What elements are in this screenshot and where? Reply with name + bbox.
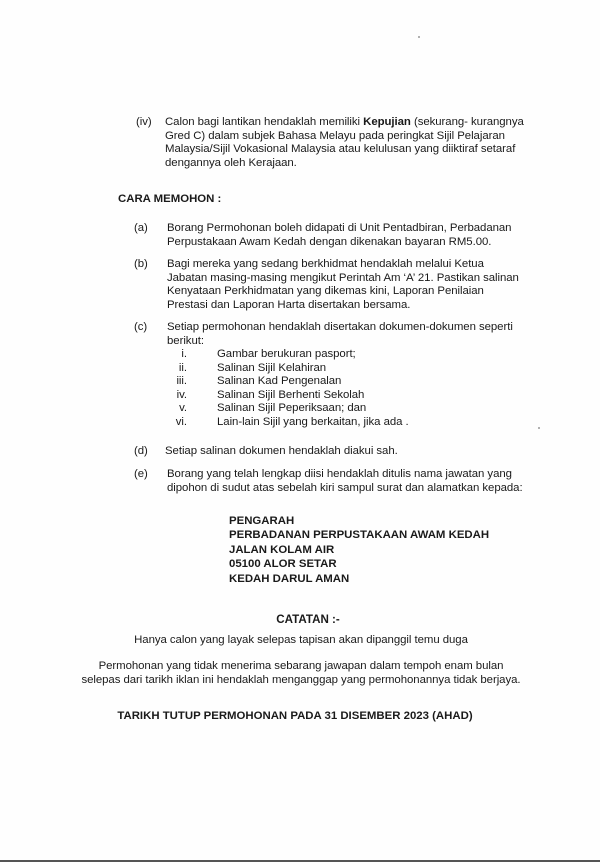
list-item: i. Gambar berukuran pasport;	[167, 348, 467, 362]
text-line: Malaysia/Sijil Vokasional Malaysia atau …	[165, 143, 471, 157]
list-item: iii. Salinan Kad Pengenalan	[167, 375, 467, 389]
address-block: PENGARAH PERBADANAN PERPUSTAKAAN AWAM KE…	[229, 514, 489, 586]
document-list: i. Gambar berukuran pasport; ii. Salinan…	[167, 348, 467, 430]
list-item-number: i.	[167, 348, 187, 362]
list-item: ii. Salinan Sijil Kelahiran	[167, 362, 467, 376]
note-shortlisting: Hanya calon yang layak selepas tapisan a…	[1, 634, 600, 648]
text-line: Kenyataan Perkhidmatan yang dikemas kini…	[167, 285, 473, 299]
item-text: Borang yang telah lengkap diisi hendakla…	[167, 468, 473, 495]
text-line: Bagi mereka yang sedang berkhidmat henda…	[167, 258, 473, 272]
note-no-reply-line1: Permohonan yang tidak menerima sebarang …	[1, 660, 600, 674]
text-line: dipohon di sudut atas sebelah kiri sampu…	[167, 482, 473, 496]
item-number: (b)	[134, 258, 148, 272]
section-heading: CARA MEMOHON :	[118, 193, 221, 205]
note-no-reply-line2: selepas dari tarikh iklan ini hendaklah …	[1, 674, 600, 688]
item-number: (d)	[134, 445, 148, 459]
scan-speck	[418, 36, 420, 38]
text-line: Perpustakaan Awam Kedah dengan dikenakan…	[167, 236, 473, 250]
item-text: Borang Permohonan boleh didapati di Unit…	[167, 222, 473, 249]
item-text: Calon bagi lantikan hendaklah memiliki K…	[165, 116, 471, 170]
address-line: KEDAH DARUL AMAN	[229, 572, 489, 586]
text-line: Jabatan masing-masing mengikut Perintah …	[167, 272, 473, 286]
list-item: vi. Lain-lain Sijil yang berkaitan, jika…	[167, 416, 467, 430]
address-line: PENGARAH	[229, 514, 489, 528]
text-line: Setiap permohonan hendaklah disertakan d…	[167, 321, 473, 335]
list-item-text: Gambar berukuran pasport;	[217, 348, 356, 362]
text-line: Prestasi dan Laporan Harta disertakan be…	[167, 299, 473, 313]
list-item-number: ii.	[167, 362, 187, 376]
item-number: (e)	[134, 468, 148, 482]
list-item-text: Salinan Sijil Kelahiran	[217, 362, 326, 376]
text-line: berikut:	[167, 335, 473, 349]
item-number: (c)	[134, 321, 147, 335]
text-line: Calon bagi lantikan hendaklah memiliki K…	[165, 116, 471, 130]
scan-speck	[538, 427, 540, 429]
document-page: (iv) Calon bagi lantikan hendaklah memil…	[0, 0, 600, 862]
list-item: iv. Salinan Sijil Berhenti Sekolah	[167, 389, 467, 403]
list-item-text: Salinan Kad Pengenalan	[217, 375, 341, 389]
list-item: v. Salinan Sijil Peperiksaan; dan	[167, 402, 467, 416]
emphasis-kepujian: Kepujian	[363, 116, 411, 128]
list-item-number: vi.	[167, 416, 187, 430]
list-item-number: iii.	[167, 375, 187, 389]
item-text: Setiap permohonan hendaklah disertakan d…	[167, 321, 473, 348]
item-text: Bagi mereka yang sedang berkhidmat henda…	[167, 258, 473, 312]
text-line: Borang Permohonan boleh didapati di Unit…	[167, 222, 473, 236]
closing-date: TARIKH TUTUP PERMOHONAN PADA 31 DISEMBER…	[0, 710, 595, 722]
text-line: dengannya oleh Kerajaan.	[165, 157, 471, 171]
item-text: Setiap salinan dokumen hendaklah diakui …	[165, 445, 398, 459]
text-line: Gred C) dalam subjek Bahasa Melayu pada …	[165, 130, 471, 144]
item-number: (iv)	[136, 116, 152, 130]
address-line: 05100 ALOR SETAR	[229, 557, 489, 571]
text-line: Borang yang telah lengkap diisi hendakla…	[167, 468, 473, 482]
list-item-text: Lain-lain Sijil yang berkaitan, jika ada…	[217, 416, 409, 430]
list-item-number: v.	[167, 402, 187, 416]
list-item-number: iv.	[167, 389, 187, 403]
item-number: (a)	[134, 222, 148, 236]
address-line: JALAN KOLAM AIR	[229, 543, 489, 557]
address-line: PERBADANAN PERPUSTAKAAN AWAM KEDAH	[229, 528, 489, 542]
list-item-text: Salinan Sijil Berhenti Sekolah	[217, 389, 364, 403]
notes-heading: CATATAN :-	[8, 613, 600, 626]
list-item-text: Salinan Sijil Peperiksaan; dan	[217, 402, 366, 416]
